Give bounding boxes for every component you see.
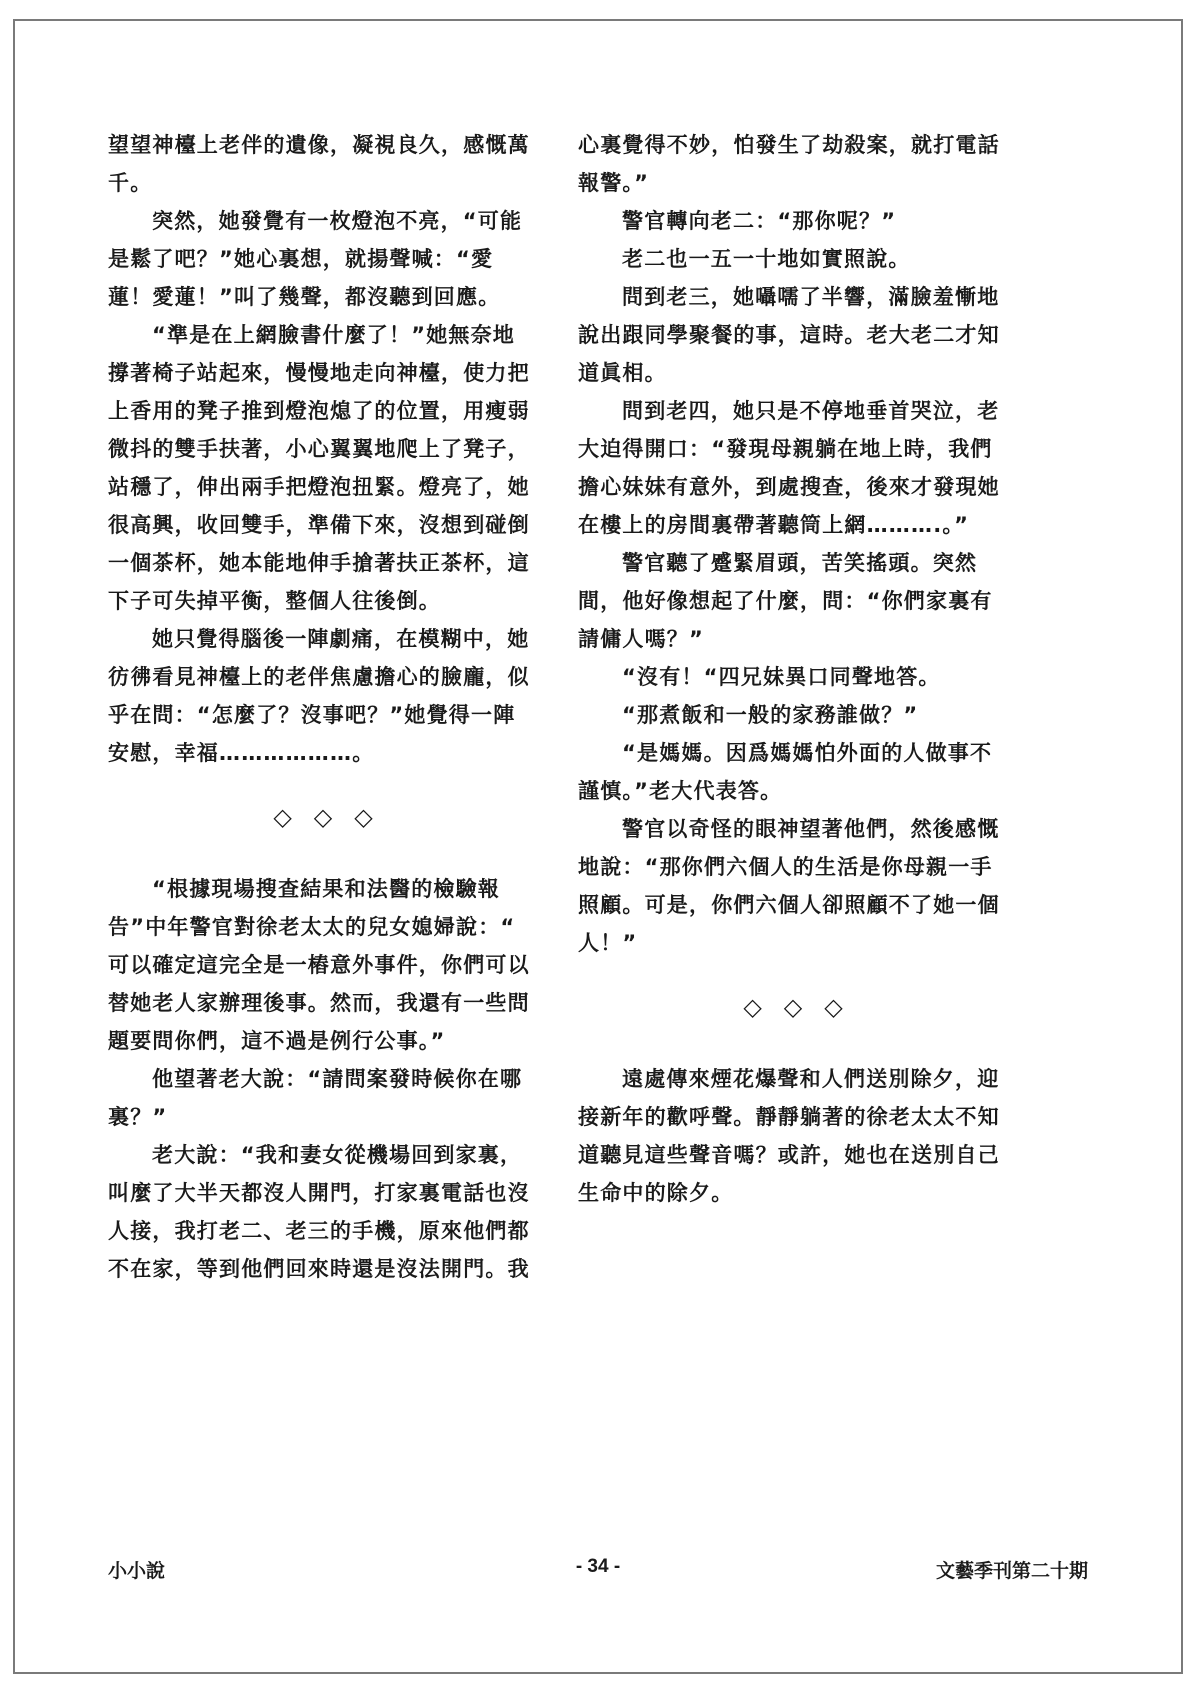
right-column: 心裏覺得不妙，怕發生了劫殺案，就打電話報警。”警官轉向老二：“那你呢？”老二也一…: [578, 126, 1008, 1212]
text-line: 他望著老大說：“請問案發時候你在哪: [108, 1060, 538, 1098]
text-line: 突然，她發覺有一枚燈泡不亮，“可能: [108, 202, 538, 240]
text-line: 接新年的歡呼聲。靜靜躺著的徐老太太不知: [578, 1098, 1008, 1136]
text-line: 報警。”: [578, 164, 1008, 202]
text-line: 撐著椅子站起來，慢慢地走向神檯，使力把: [108, 354, 538, 392]
text-line: 間，他好像想起了什麼，問：“你們家裏有: [578, 582, 1008, 620]
section-separator-diamonds: ◇◇◇: [578, 988, 1008, 1026]
text-line: 謹慎。”老大代表答。: [578, 772, 1008, 810]
page-footer: 小小說 - 34 - 文藝季刊第二十期: [108, 1556, 1088, 1586]
text-line: 人！”: [578, 924, 1008, 962]
text-line: 是鬆了吧？”她心裏想，就揚聲喊：“愛: [108, 240, 538, 278]
text-line: 站穩了，伸出兩手把燈泡扭緊。燈亮了，她: [108, 468, 538, 506]
text-line: 裏？”: [108, 1098, 538, 1136]
text-line: 遠處傳來煙花爆聲和人們送別除夕，迎: [578, 1060, 1008, 1098]
text-line: “是媽媽。因爲媽媽怕外面的人做事不: [578, 734, 1008, 772]
text-line: 生命中的除夕。: [578, 1174, 1008, 1212]
text-line: 老大說：“我和妻女從機場回到家裏，: [108, 1136, 538, 1174]
text-line: 請傭人嗎？”: [578, 620, 1008, 658]
text-line: 心裏覺得不妙，怕發生了劫殺案，就打電話: [578, 126, 1008, 164]
text-line: 警官轉向老二：“那你呢？”: [578, 202, 1008, 240]
text-line: 不在家，等到他們回來時還是沒法開門。我: [108, 1250, 538, 1288]
left-block-2: “根據現場搜查結果和法醫的檢驗報告”中年警官對徐老太太的兒女媳婦說：“可以確定這…: [108, 870, 538, 1288]
text-line: 替她老人家辦理後事。然而，我還有一些問: [108, 984, 538, 1022]
text-line: 照顧。可是，你們六個人卻照顧不了她一個: [578, 886, 1008, 924]
right-block-1: 心裏覺得不妙，怕發生了劫殺案，就打電話報警。”警官轉向老二：“那你呢？”老二也一…: [578, 126, 1008, 962]
text-line: 安慰，幸福………………。: [108, 734, 538, 772]
text-line: 可以確定這完全是一樁意外事件，你們可以: [108, 946, 538, 984]
text-line: “沒有！“四兄妹異口同聲地答。: [578, 658, 1008, 696]
right-block-2: 遠處傳來煙花爆聲和人們送別除夕，迎接新年的歡呼聲。靜靜躺著的徐老太太不知道聽見這…: [578, 1060, 1008, 1212]
section-separator-diamonds: ◇◇◇: [108, 798, 538, 836]
text-line: 千。: [108, 164, 538, 202]
text-line: 說出跟同學聚餐的事，這時。老大老二才知: [578, 316, 1008, 354]
text-line: 上香用的凳子推到燈泡熄了的位置，用瘦弱: [108, 392, 538, 430]
text-line: 大迫得開口：“發現母親躺在地上時，我們: [578, 430, 1008, 468]
text-line: “那煮飯和一般的家務誰做？”: [578, 696, 1008, 734]
text-line: 微抖的雙手扶著，小心翼翼地爬上了凳子，: [108, 430, 538, 468]
text-line: 擔心妹妹有意外，到處搜查，後來才發現她: [578, 468, 1008, 506]
text-line: 警官聽了蹙緊眉頭，苦笑搖頭。突然: [578, 544, 1008, 582]
left-column: 望望神檯上老伴的遺像，凝視良久，感慨萬千。突然，她發覺有一枚燈泡不亮，“可能是鬆…: [108, 126, 538, 1288]
text-line: “根據現場搜查結果和法醫的檢驗報: [108, 870, 538, 908]
left-block-1: 望望神檯上老伴的遺像，凝視良久，感慨萬千。突然，她發覺有一枚燈泡不亮，“可能是鬆…: [108, 126, 538, 772]
text-line: 在樓上的房間裏帶著聽筒上網……….。”: [578, 506, 1008, 544]
text-line: “準是在上網臉書什麼了！”她無奈地: [108, 316, 538, 354]
text-line: 道聽見這些聲音嗎？或許，她也在送別自己: [578, 1136, 1008, 1174]
text-line: 乎在問：“怎麼了？沒事吧？”她覺得一陣: [108, 696, 538, 734]
text-line: 下子可失掉平衡，整個人往後倒。: [108, 582, 538, 620]
text-line: 望望神檯上老伴的遺像，凝視良久，感慨萬: [108, 126, 538, 164]
text-line: 問到老四，她只是不停地垂首哭泣，老: [578, 392, 1008, 430]
text-line: 蓮！愛蓮！”叫了幾聲，都沒聽到回應。: [108, 278, 538, 316]
text-line: 道眞相。: [578, 354, 1008, 392]
text-line: 一個茶杯，她本能地伸手搶著扶正茶杯，這: [108, 544, 538, 582]
text-line: 警官以奇怪的眼神望著他們，然後感慨: [578, 810, 1008, 848]
text-line: 人接，我打老二、老三的手機，原來他們都: [108, 1212, 538, 1250]
text-line: 叫麼了大半天都沒人開門，打家裏電話也沒: [108, 1174, 538, 1212]
text-line: 地說：“那你們六個人的生活是你母親一手: [578, 848, 1008, 886]
footer-publication-title: 文藝季刊第二十期: [936, 1556, 1088, 1583]
text-line: 很高興，收回雙手，準備下來，沒想到碰倒: [108, 506, 538, 544]
text-line: 老二也一五一十地如實照說。: [578, 240, 1008, 278]
text-line: 題要問你們，這不過是例行公事。”: [108, 1022, 538, 1060]
text-line: 告”中年警官對徐老太太的兒女媳婦說：“: [108, 908, 538, 946]
text-line: 問到老三，她囁嚅了半響，滿臉羞慚地: [578, 278, 1008, 316]
text-line: 她只覺得腦後一陣劇痛，在模糊中，她: [108, 620, 538, 658]
text-line: 彷彿看見神檯上的老伴焦慮擔心的臉龐，似: [108, 658, 538, 696]
